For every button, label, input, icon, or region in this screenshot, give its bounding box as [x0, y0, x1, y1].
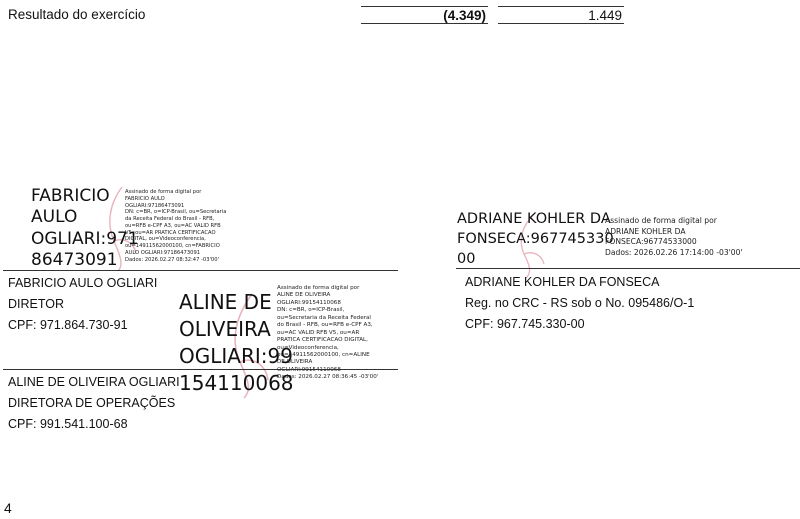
sig-detail: Assinado de forma digital por: [605, 216, 743, 227]
sig-line: ADRIANE KOHLER DA: [457, 209, 614, 229]
signer-cpf: CPF: 971.864.730-91: [8, 315, 157, 336]
signature-rule-adriane: [456, 268, 800, 269]
sig-detail: Dados: 2026.02.27 08:32:47 -03'00': [125, 257, 226, 264]
sig-line: 00: [457, 249, 614, 269]
sig-detail: ou=RFB e-CPF A3, ou=AC VALID RFB: [125, 223, 226, 230]
sig-detail: AULO OGLIARI:97186473091: [125, 250, 226, 257]
sig-detail: ou=Videoconferencia,: [277, 345, 378, 352]
signer-name: ADRIANE KOHLER DA FONSECA: [465, 272, 694, 293]
sig-detail: Assinado de forma digital por: [125, 189, 226, 196]
signer-registration: Reg. no CRC - RS sob o No. 095486/O-1: [465, 293, 694, 314]
sig-line: 86473091: [31, 250, 139, 271]
sig-detail: ADRIANE KOHLER DA: [605, 227, 743, 238]
sig-detail: ou=AC VALID RFB V5, ou=AR: [277, 330, 378, 337]
signature-details-aline: Assinado de forma digital por ALINE DE O…: [277, 285, 378, 382]
result-label: Resultado do exercício: [8, 7, 145, 22]
signer-info-aline: ALINE DE OLIVEIRA OGLIARI DIRETORA DE OP…: [8, 372, 180, 435]
signer-role: DIRETOR: [8, 294, 157, 315]
signer-name: FABRICIO AULO OGLIARI: [8, 273, 157, 294]
sig-detail: FONSECA:96774533000: [605, 237, 743, 248]
sig-detail: da Receita Federal do Brasil - RFB,: [125, 216, 226, 223]
sig-detail: Dados: 2026.02.26 17:14:00 -03'00': [605, 248, 743, 259]
sig-detail: DIGITAL, ou=Videoconferencia,: [125, 236, 226, 243]
sig-detail: FABRICIO AULO: [125, 196, 226, 203]
sig-line: FABRICIO: [31, 186, 139, 207]
sig-detail: do Brasil - RFB, ou=RFB e-CPF A3,: [277, 322, 378, 329]
sig-detail: DN: c=BR, o=ICP-Brasil,: [277, 307, 378, 314]
signature-rule-aline: [3, 369, 398, 370]
signature-details-fabricio: Assinado de forma digital por FABRICIO A…: [125, 189, 226, 263]
sig-line: FONSECA:967745330: [457, 229, 614, 249]
signature-big-text-adriane: ADRIANE KOHLER DA FONSECA:967745330 00: [457, 209, 614, 269]
sig-detail: ou=14911562000100, cn=FABRICIO: [125, 243, 226, 250]
sig-detail: DE OLIVEIRA: [277, 359, 378, 366]
sig-detail: PRATICA CERTIFICACAO DIGITAL,: [277, 337, 378, 344]
signature-rule-fabricio: [3, 270, 398, 271]
result-previous-value: 1.449: [498, 6, 624, 24]
sig-detail: ou=14911562000100, cn=ALINE: [277, 352, 378, 359]
sig-detail: ou=Secretaria da Receita Federal: [277, 315, 378, 322]
signer-name: ALINE DE OLIVEIRA OGLIARI: [8, 372, 180, 393]
signer-info-adriane: ADRIANE KOHLER DA FONSECA Reg. no CRC - …: [465, 272, 694, 335]
sig-detail: OGLIARI:99154110068: [277, 300, 378, 307]
signature-big-text-fabricio: FABRICIO AULO OGLIARI:971 86473091: [31, 186, 139, 271]
signer-cpf: CPF: 967.745.330-00: [465, 314, 694, 335]
signer-cpf: CPF: 991.541.100-68: [8, 414, 180, 435]
signature-details-adriane: Assinado de forma digital por ADRIANE KO…: [605, 216, 743, 258]
page-number: 4: [4, 500, 12, 516]
sig-detail: OGLIARI:97186473091: [125, 203, 226, 210]
result-current-value: (4.349): [361, 6, 488, 24]
sig-detail: V5, ou=AR PRATICA CERTIFICACAO: [125, 230, 226, 237]
sig-line: OGLIARI:971: [31, 229, 139, 250]
sig-line: AULO: [31, 207, 139, 228]
sig-detail: Assinado de forma digital por: [277, 285, 378, 292]
sig-detail: ALINE DE OLIVEIRA: [277, 292, 378, 299]
signer-info-fabricio: FABRICIO AULO OGLIARI DIRETOR CPF: 971.8…: [8, 273, 157, 336]
sig-detail: DN: c=BR, o=ICP-Brasil, ou=Secretaria: [125, 209, 226, 216]
sig-detail: OGLIARI:99154110068: [277, 367, 378, 374]
sig-detail: Dados: 2026.02.27 08:36:45 -03'00': [277, 374, 378, 381]
signer-role: DIRETORA DE OPERAÇÕES: [8, 393, 180, 414]
